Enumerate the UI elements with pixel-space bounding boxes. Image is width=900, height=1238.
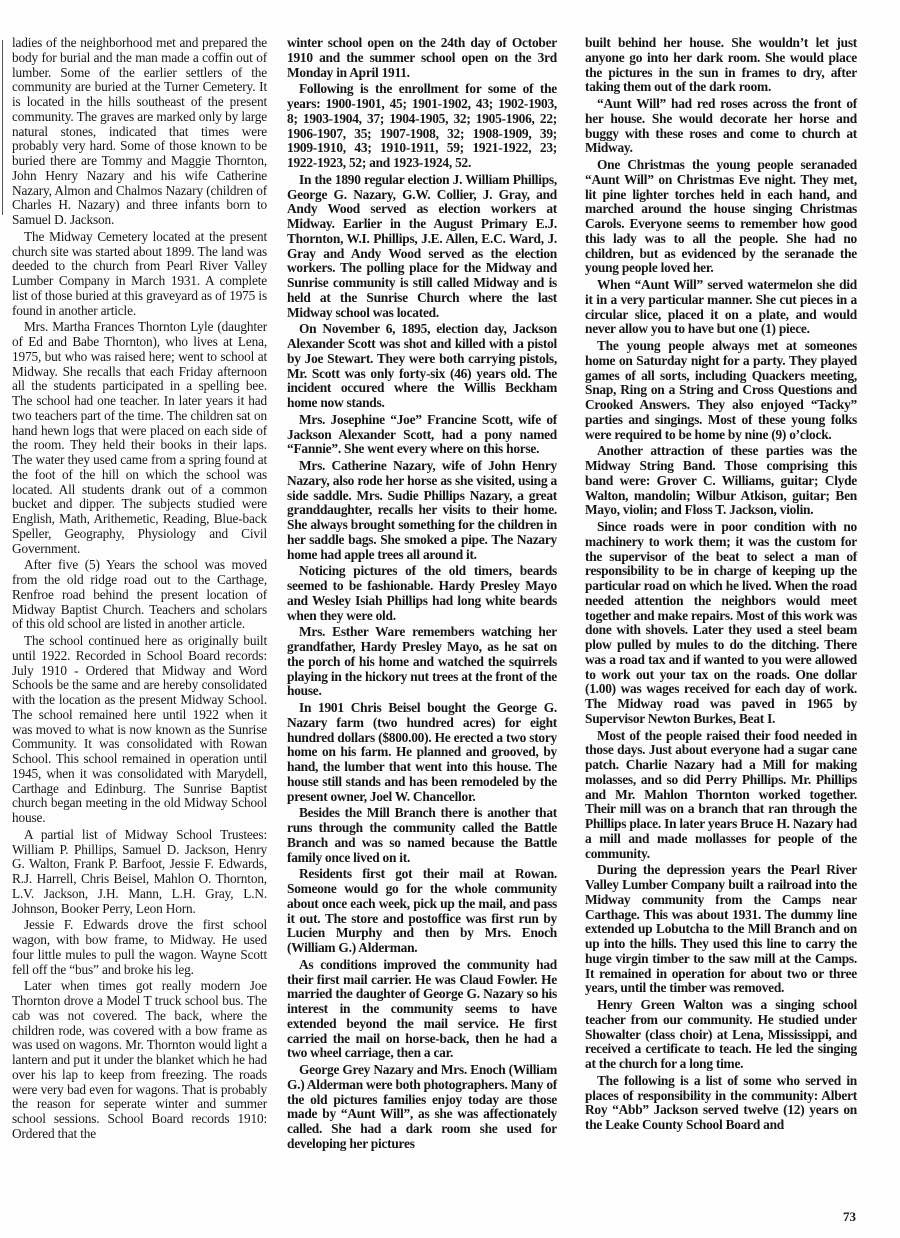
- paragraph: On November 6, 1895, election day, Jacks…: [287, 322, 557, 411]
- paragraph: Another attraction of these parties was …: [585, 444, 857, 518]
- paragraph: The Midway Cemetery located at the prese…: [12, 230, 267, 319]
- paragraph: Besides the Mill Branch there is another…: [287, 806, 557, 865]
- paragraph: Noticing pictures of the old timers, bea…: [287, 564, 557, 623]
- paragraph: Most of the people raised their food nee…: [585, 729, 857, 862]
- paragraph: Henry Green Walton was a singing school …: [585, 998, 857, 1072]
- paragraph: As conditions improved the community had…: [287, 958, 557, 1061]
- paragraph: The school continued here as originally …: [12, 634, 267, 826]
- paragraph: ladies of the neighborhood met and prepa…: [12, 36, 267, 228]
- document-page: ladies of the neighborhood met and prepa…: [0, 0, 900, 1238]
- paragraph: Mrs. Catherine Nazary, wife of John Henr…: [287, 459, 557, 562]
- paragraph: George Grey Nazary and Mrs. Enoch (Willi…: [287, 1063, 557, 1152]
- paragraph: Residents first got their mail at Rowan.…: [287, 867, 557, 956]
- page-edge-rule: [2, 40, 3, 215]
- paragraph: Mrs. Esther Ware remembers watching her …: [287, 625, 557, 699]
- paragraph: Jessie F. Edwards drove the first school…: [12, 918, 267, 977]
- paragraph: During the depression years the Pearl Ri…: [585, 863, 857, 996]
- paragraph: The following is a list of some who serv…: [585, 1074, 857, 1133]
- text-column-right: built behind her house. She wouldn’t let…: [585, 36, 857, 1135]
- paragraph: Mrs. Martha Frances Thornton Lyle (daugh…: [12, 320, 267, 556]
- paragraph: Following is the enrollment for some of …: [287, 82, 557, 171]
- page-number: 73: [820, 1209, 856, 1225]
- paragraph: When “Aunt Will” served watermelon she d…: [585, 278, 857, 337]
- text-column-left: ladies of the neighborhood met and prepa…: [12, 36, 267, 1144]
- paragraph: winter school open on the 24th day of Oc…: [287, 36, 557, 80]
- paragraph: Since roads were in poor condition with …: [585, 520, 857, 727]
- text-column-middle: winter school open on the 24th day of Oc…: [287, 36, 557, 1154]
- paragraph: In 1901 Chris Beisel bought the George G…: [287, 701, 557, 804]
- paragraph: Later when times got really modern Joe T…: [12, 979, 267, 1141]
- paragraph: The young people always met at someones …: [585, 339, 857, 442]
- paragraph: In the 1890 regular election J. William …: [287, 173, 557, 321]
- paragraph: After five (5) Years the school was move…: [12, 558, 267, 632]
- paragraph: A partial list of Midway School Trustees…: [12, 828, 267, 917]
- paragraph: Mrs. Josephine “Joe” Francine Scott, wif…: [287, 413, 557, 457]
- paragraph: One Christmas the young people seranaded…: [585, 158, 857, 276]
- paragraph: “Aunt Will” had red roses across the fro…: [585, 97, 857, 156]
- paragraph: built behind her house. She wouldn’t let…: [585, 36, 857, 95]
